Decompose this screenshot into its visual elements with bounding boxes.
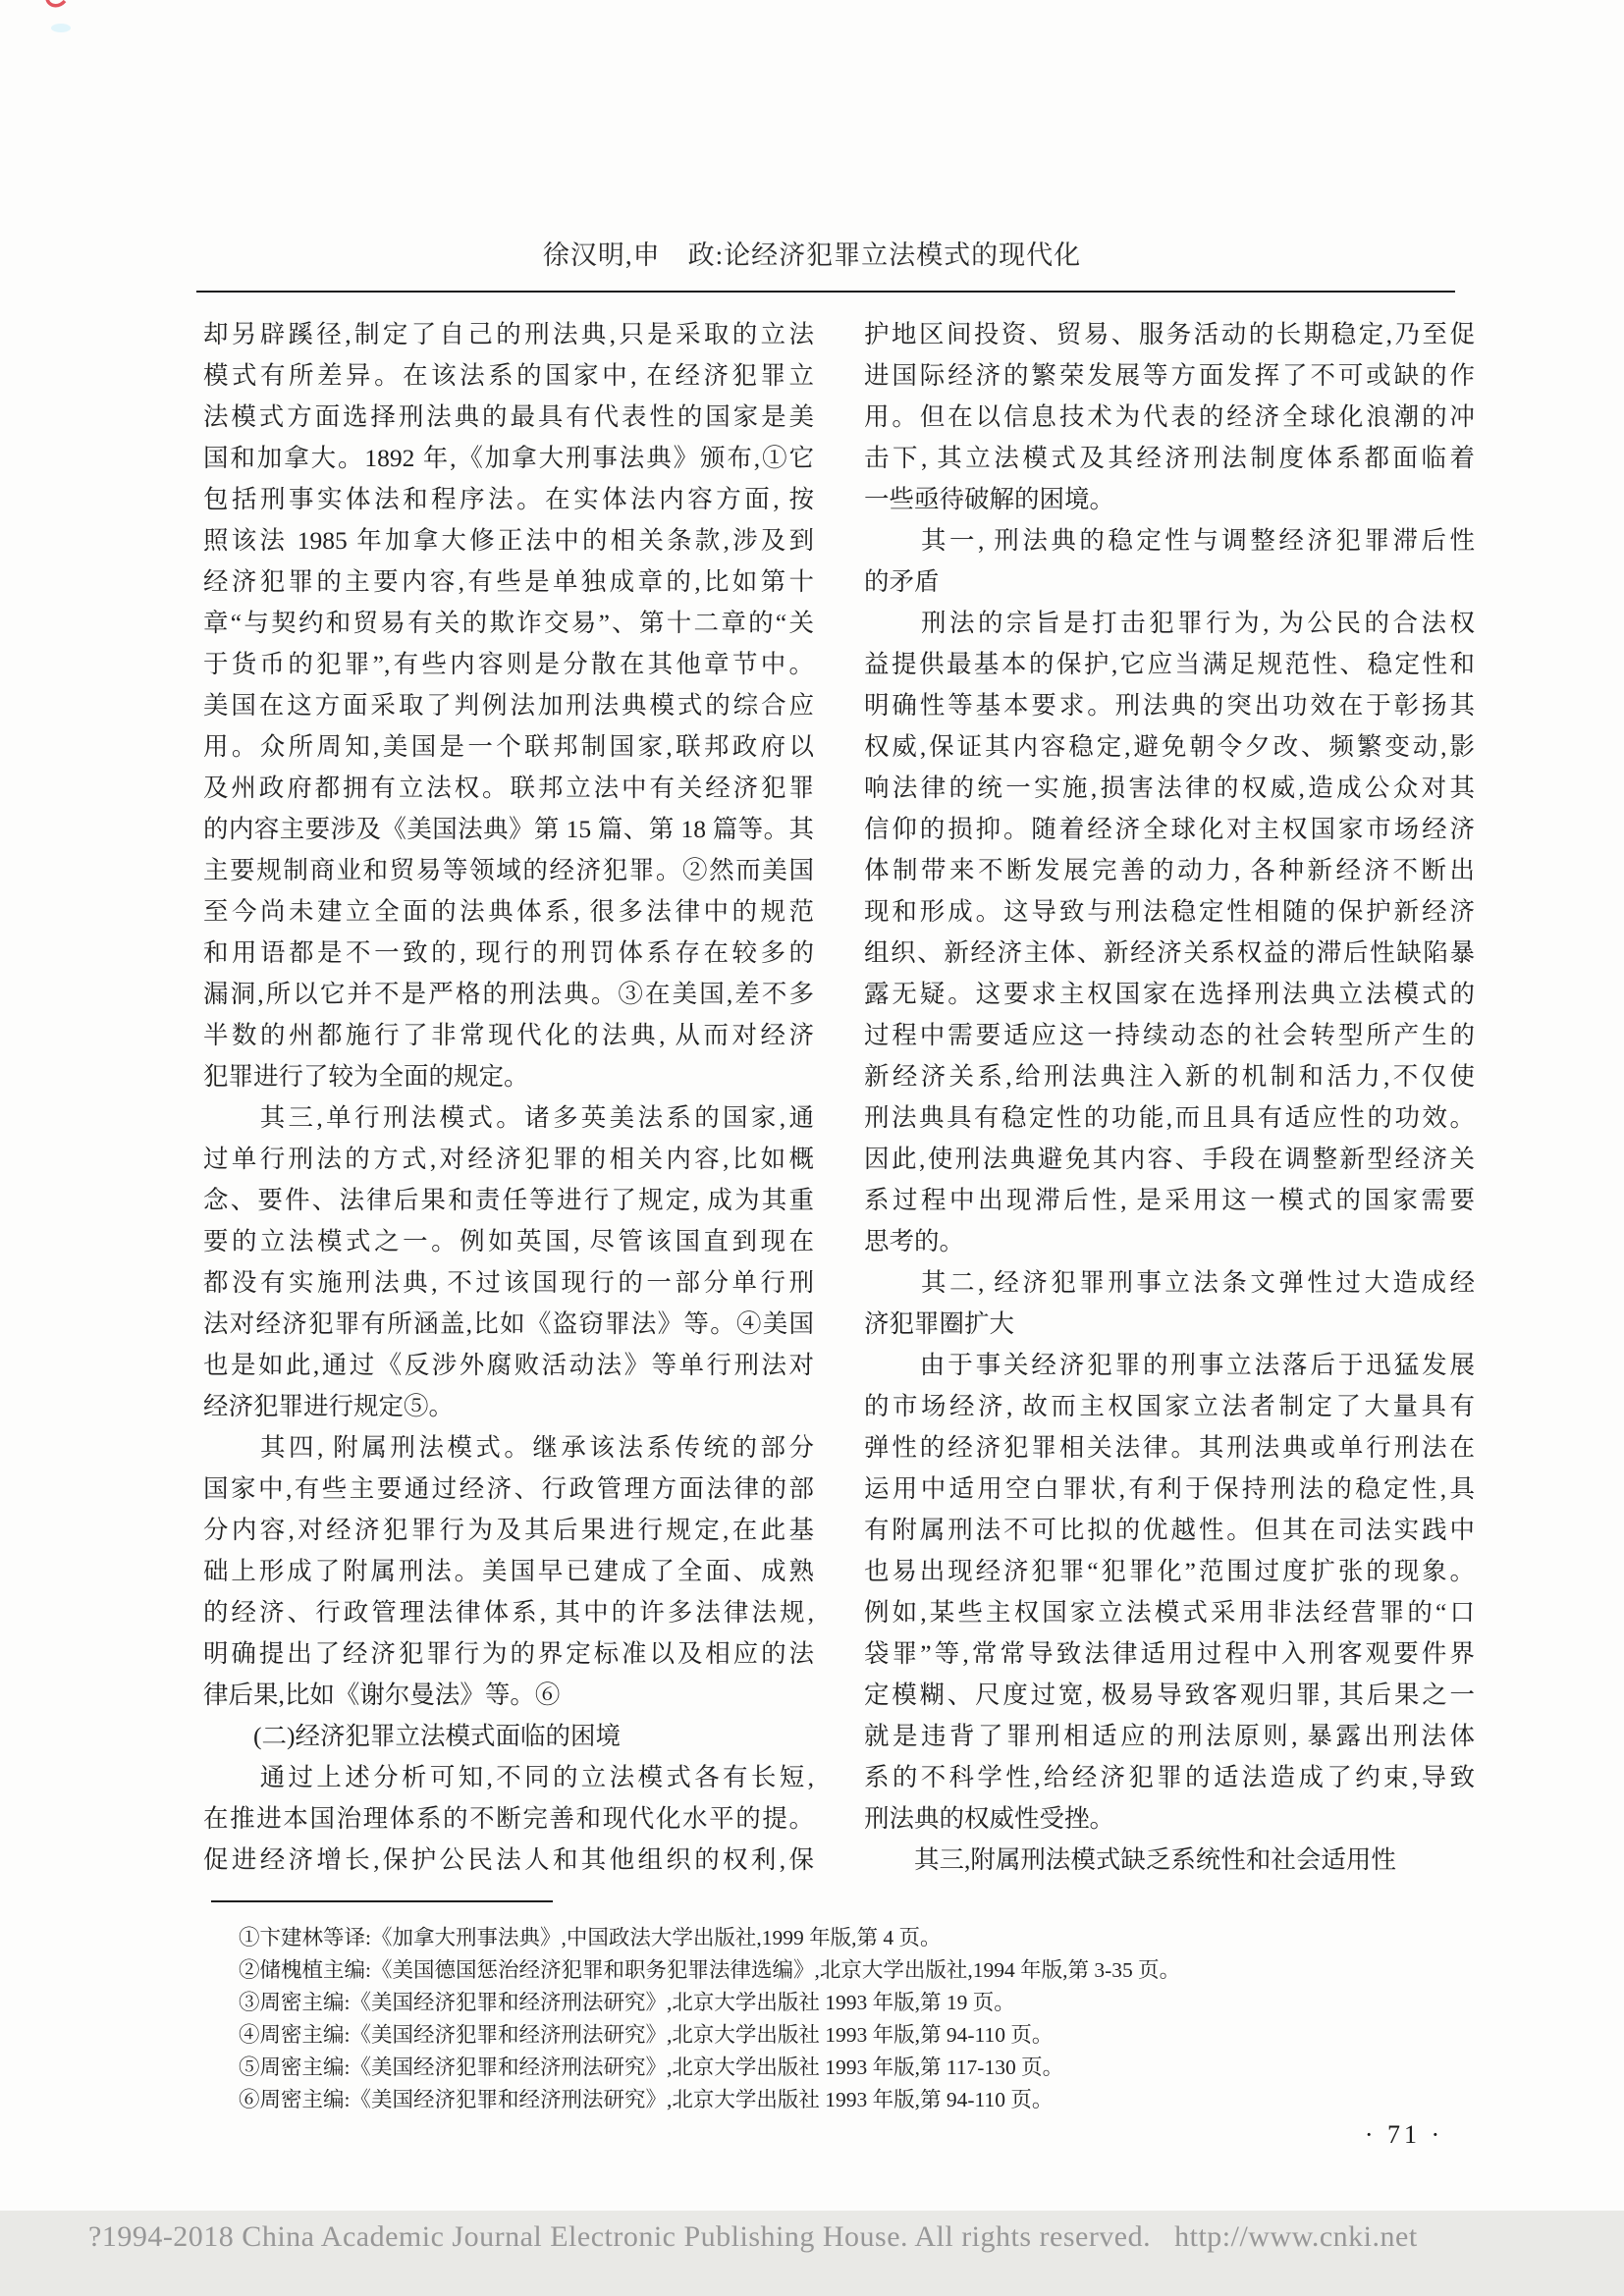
body-text-line: 刑法的宗旨是打击犯罪行为, 为公民的合法权 [864, 603, 1475, 644]
body-text-line: 要的立法模式之一。例如英国, 尽管该国直到现在 [203, 1221, 814, 1262]
body-text-line: 击下, 其立法模式及其经济刑法制度体系都面临着 [864, 438, 1475, 479]
body-text-line: 袋罪”等,常常导致法律适用过程中入刑客观要件界 [864, 1633, 1475, 1675]
body-text-line: 其一, 刑法典的稳定性与调整经济犯罪滞后性 [864, 520, 1475, 561]
footnotes-block: ①卞建林等译:《加拿大刑事法典》,中国政法大学出版社,1999 年版,第 4 页… [239, 1922, 1417, 2116]
body-text-line: 经济犯罪进行规定⑤。 [203, 1386, 814, 1427]
body-text-line: 经济犯罪的主要内容,有些是单独成章的,比如第十 [203, 561, 814, 603]
body-text-line: 国和加拿大。1892 年,《加拿大刑事法典》颁布,①它 [203, 438, 814, 479]
body-text-line: 促进经济增长,保护公民法人和其他组织的权利,保 [203, 1840, 814, 1881]
body-text-line: 就是违背了罪刑相适应的刑法原则, 暴露出刑法体 [864, 1716, 1475, 1757]
body-text-line: 模式有所差异。在该法系的国家中, 在经济犯罪立 [203, 355, 814, 397]
body-text-line: 因此,使刑法典避免其内容、手段在调整新型经济关 [864, 1139, 1475, 1180]
left-text-column: 却另辟蹊径,制定了自己的刑法典,只是采取的立法模式有所差异。在该法系的国家中, … [203, 314, 814, 1881]
body-text-line: 都没有实施刑法典, 不过该国现行的一部分单行刑 [203, 1262, 814, 1304]
body-text-line: 也易出现经济犯罪“犯罪化”范围过度扩张的现象。 [864, 1551, 1475, 1592]
body-text-line: 定模糊、尺度过宽, 极易导致客观归罪, 其后果之一 [864, 1675, 1475, 1716]
footnote-line: ②储槐植主编:《美国德国惩治经济犯罪和职务犯罪法律选编》,北京大学出版社,199… [239, 1954, 1417, 1987]
body-text-line: 的市场经济, 故而主权国家立法者制定了大量具有 [864, 1386, 1475, 1427]
body-text-line: 明确性等基本要求。刑法典的突出功效在于彰扬其 [864, 685, 1475, 726]
body-text-line: 法模式方面选择刑法典的最具有代表性的国家是美 [203, 397, 814, 438]
body-text-line: 分内容,对经济犯罪行为及其后果进行规定,在此基 [203, 1510, 814, 1551]
body-text-line: 例如,某些主权国家立法模式采用非法经营罪的“口 [864, 1592, 1475, 1633]
footnote-line: ⑤周密主编:《美国经济犯罪和经济刑法研究》,北京大学出版社 1993 年版,第 … [239, 2052, 1417, 2084]
body-text-line: 犯罪进行了较为全面的规定。 [203, 1056, 814, 1097]
body-text-line: 在推进本国治理体系的不断完善和现代化水平的提。 [203, 1798, 814, 1840]
body-text-line: 的经济、行政管理法律体系, 其中的许多法律法规, [203, 1592, 814, 1633]
body-text-line: 一些亟待破解的困境。 [864, 479, 1475, 520]
body-text-line: 刑法典的权威性受挫。 [864, 1798, 1475, 1840]
body-text-line: 其二, 经济犯罪刑事立法条文弹性过大造成经 [864, 1262, 1475, 1304]
body-text-line: 律后果,比如《谢尔曼法》等。⑥ [203, 1675, 814, 1716]
body-text-line: 通过上述分析可知,不同的立法模式各有长短, [203, 1757, 814, 1798]
body-text-line: 由于事关经济犯罪的刑事立法落后于迅猛发展 [864, 1345, 1475, 1386]
header-divider [196, 291, 1455, 293]
page-number: · 71 · [1330, 2120, 1478, 2150]
body-text-line: 组织、新经济主体、新经济关系权益的滞后性缺陷暴 [864, 933, 1475, 974]
red-pen-mark [45, 0, 67, 10]
body-text-line: 刑法典具有稳定性的功能,而且具有适应性的功效。 [864, 1097, 1475, 1139]
footnote-line: ④周密主编:《美国经济犯罪和经济刑法研究》,北京大学出版社 1993 年版,第 … [239, 2019, 1417, 2052]
body-text-line: 其三,附属刑法模式缺乏系统性和社会适用性 [864, 1840, 1475, 1881]
body-text-line: 运用中适用空白罪状,有利于保持刑法的稳定性,具 [864, 1468, 1475, 1510]
right-text-column: 护地区间投资、贸易、服务活动的长期稳定,乃至促进国际经济的繁荣发展等方面发挥了不… [864, 314, 1475, 1881]
body-text-line: 其四, 附属刑法模式。继承该法系传统的部分 [203, 1427, 814, 1468]
body-text-line: 新经济关系,给刑法典注入新的机制和活力,不仅使 [864, 1056, 1475, 1097]
body-text-line: 其三,单行刑法模式。诸多英美法系的国家,通 [203, 1097, 814, 1139]
body-text-line: 过程中需要适应这一持续动态的社会转型所产生的 [864, 1015, 1475, 1056]
body-text-line: 信仰的损抑。随着经济全球化对主权国家市场经济 [864, 809, 1475, 850]
body-text-line: 进国际经济的繁荣发展等方面发挥了不可或缺的作 [864, 355, 1475, 397]
body-text-line: 用。众所周知,美国是一个联邦制国家,联邦政府以 [203, 726, 814, 768]
footnote-line: ③周密主编:《美国经济犯罪和经济刑法研究》,北京大学出版社 1993 年版,第 … [239, 1987, 1417, 2019]
body-text-line: 思考的。 [864, 1221, 1475, 1262]
body-text-line: 体制带来不断发展完善的动力, 各种新经济不断出 [864, 850, 1475, 891]
body-text-line: 明确提出了经济犯罪行为的界定标准以及相应的法 [203, 1633, 814, 1675]
body-text-line: 也是如此,通过《反涉外腐败活动法》等单行刑法对 [203, 1345, 814, 1386]
body-text-line: 主要规制商业和贸易等领域的经济犯罪。②然而美国 [203, 850, 814, 891]
body-text-line: 益提供最基本的保护,它应当满足规范性、稳定性和 [864, 644, 1475, 685]
body-text-line: 有附属刑法不可比拟的优越性。但其在司法实践中 [864, 1510, 1475, 1551]
footnote-line: ①卞建林等译:《加拿大刑事法典》,中国政法大学出版社,1999 年版,第 4 页… [239, 1922, 1417, 1954]
body-text-line: 却另辟蹊径,制定了自己的刑法典,只是采取的立法 [203, 314, 814, 355]
body-text-line: 护地区间投资、贸易、服务活动的长期稳定,乃至促 [864, 314, 1475, 355]
body-text-line: 济犯罪圈扩大 [864, 1304, 1475, 1345]
body-text-line: 系的不科学性,给经济犯罪的适法造成了约束,导致 [864, 1757, 1475, 1798]
body-text-line: 响法律的统一实施,损害法律的权威,造成公众对其 [864, 768, 1475, 809]
body-text-line: 包括刑事实体法和程序法。在实体法内容方面, 按 [203, 479, 814, 520]
body-text-line: 露无疑。这要求主权国家在选择刑法典立法模式的 [864, 974, 1475, 1015]
body-text-line: 半数的州都施行了非常现代化的法典, 从而对经济 [203, 1015, 814, 1056]
body-text-line: 的内容主要涉及《美国法典》第 15 篇、第 18 篇等。其 [203, 809, 814, 850]
body-text-line: (二)经济犯罪立法模式面临的困境 [203, 1716, 814, 1757]
body-text-line: 的矛盾 [864, 561, 1475, 603]
body-text-line: 念、要件、法律后果和责任等进行了规定, 成为其重 [203, 1180, 814, 1221]
body-text-line: 于货币的犯罪”,有些内容则是分散在其他章节中。 [203, 644, 814, 685]
body-text-line: 权威,保证其内容稳定,避免朝令夕改、频繁变动,影 [864, 726, 1475, 768]
scanned-paper-page: 徐汉明,申 政:论经济犯罪立法模式的现代化 却另辟蹊径,制定了自己的刑法典,只是… [0, 0, 1624, 2296]
body-text-line: 章“与契约和贸易有关的欺诈交易”、第十二章的“关 [203, 603, 814, 644]
body-text-line: 国家中,有些主要通过经济、行政管理方面法律的部 [203, 1468, 814, 1510]
scan-smudge [51, 24, 71, 32]
body-text-line: 过单行刑法的方式,对经济犯罪的相关内容,比如概 [203, 1139, 814, 1180]
body-text-line: 现和形成。这导致与刑法稳定性相随的保护新经济 [864, 891, 1475, 933]
body-text-line: 弹性的经济犯罪相关法律。其刑法典或单行刑法在 [864, 1427, 1475, 1468]
body-text-line: 至今尚未建立全面的法典体系, 很多法律中的规范 [203, 891, 814, 933]
footnote-divider [211, 1900, 553, 1902]
body-text-line: 础上形成了附属刑法。美国早已建成了全面、成熟 [203, 1551, 814, 1592]
copyright-footer: ?1994-2018 China Academic Journal Electr… [88, 2220, 1418, 2254]
body-text-line: 法对经济犯罪有所涵盖,比如《盗窃罪法》等。④美国 [203, 1304, 814, 1345]
body-text-line: 用。但在以信息技术为代表的经济全球化浪潮的冲 [864, 397, 1475, 438]
running-header: 徐汉明,申 政:论经济犯罪立法模式的现代化 [0, 234, 1624, 272]
body-text-line: 照该法 1985 年加拿大修正法中的相关条款,涉及到 [203, 520, 814, 561]
body-text-line: 系过程中出现滞后性, 是采用这一模式的国家需要 [864, 1180, 1475, 1221]
footnote-line: ⑥周密主编:《美国经济犯罪和经济刑法研究》,北京大学出版社 1993 年版,第 … [239, 2084, 1417, 2116]
body-text-line: 美国在这方面采取了判例法加刑法典模式的综合应 [203, 685, 814, 726]
body-text-line: 和用语都是不一致的, 现行的刑罚体系存在较多的 [203, 933, 814, 974]
body-text-line: 漏洞,所以它并不是严格的刑法典。③在美国,差不多 [203, 974, 814, 1015]
body-text-line: 及州政府都拥有立法权。联邦立法中有关经济犯罪 [203, 768, 814, 809]
